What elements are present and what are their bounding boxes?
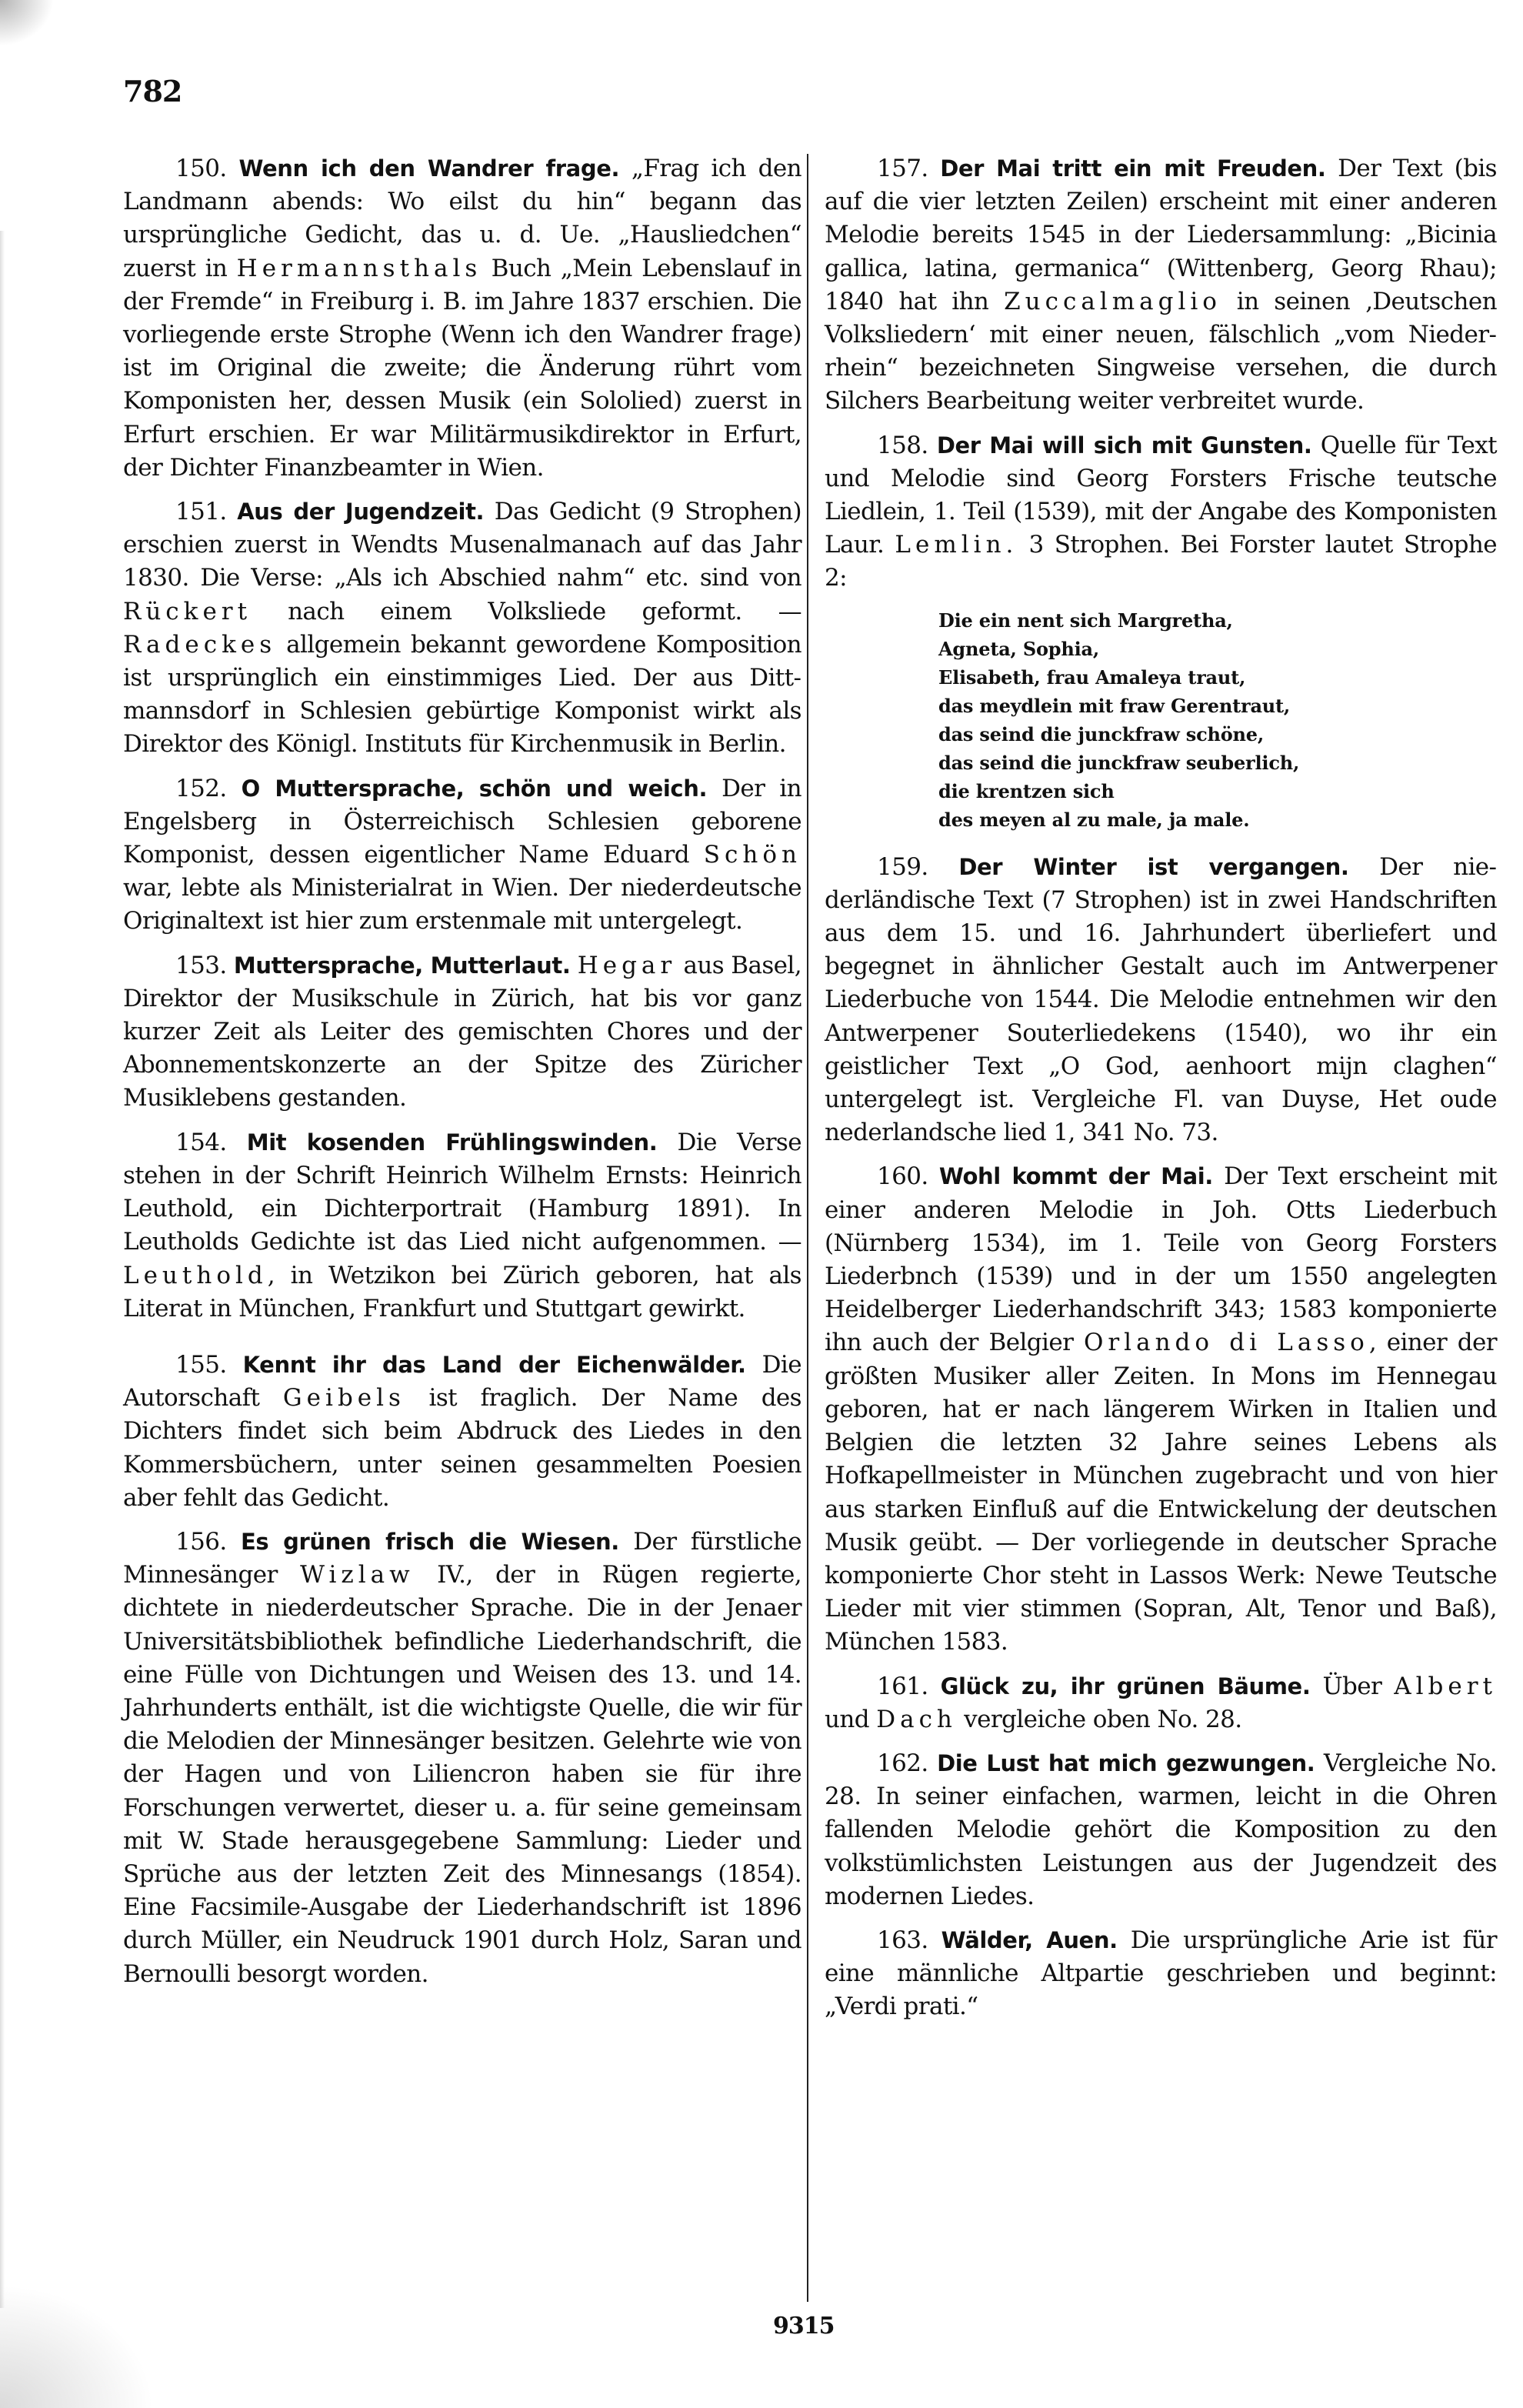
entry-155: 155. Kennt ihr das Land der Eichen­wälde… (123, 1349, 801, 1515)
stanza-line: das seind die junckfraw schöne, (938, 720, 1497, 749)
stanza-line: Die ein nent sich Margretha, (938, 606, 1497, 635)
entry-162: 162. Die Lust hat mich gezwungen. Ver­gl… (825, 1747, 1497, 1913)
emphasized-name: Wizlaw (300, 1561, 415, 1589)
entry-title: Wälder, Auen. (941, 1927, 1118, 1953)
entry-text: vergleiche oben No. 28. (957, 1706, 1242, 1733)
emphasized-name: Dach (876, 1706, 957, 1733)
emphasized-name: Schön (704, 841, 801, 869)
stanza-line: die krentzen sich (938, 777, 1497, 805)
entry-title: Die Lust hat mich gezwungen. (937, 1750, 1315, 1776)
entry-title: Der Winter ist vergangen. (958, 854, 1348, 880)
entry-number: 150. (175, 155, 227, 182)
entry-number: 162. (877, 1749, 928, 1777)
emphasized-name: Geibels (283, 1384, 405, 1412)
entry-152: 152. O Muttersprache, schön und weich. D… (123, 772, 801, 939)
emphasized-name: Rückert (123, 598, 252, 625)
entry-title: Kennt ihr das Land der Eichen­wälder. (243, 1352, 746, 1378)
entry-text: und (825, 1706, 876, 1733)
entry-title: O Muttersprache, schön und weich. (242, 775, 707, 802)
column-divider (807, 154, 808, 2302)
page-footer-number: 9315 (773, 2313, 835, 2340)
entry-number: 161. (877, 1673, 928, 1700)
stanza-line: das seind die junckfraw seuberlich, (938, 749, 1497, 777)
entry-number: 163. (877, 1926, 928, 1954)
entry-title: Der Mai tritt ein mit Freuden. (940, 155, 1325, 182)
entry-151: 151. Aus der Jugendzeit. Das Gedicht (9 … (123, 495, 801, 762)
entry-157: 157. Der Mai tritt ein mit Freuden. Der … (825, 152, 1497, 419)
entry-title: Mit kosenden Frühlingswinden. (247, 1129, 658, 1156)
scan-shadow-left-edge (0, 231, 5, 2308)
entry-number: 157. (877, 155, 928, 182)
entry-title: Glück zu, ihr grünen Bäume. (941, 1673, 1311, 1699)
entry-text: nach einem Volksliede geformt. — (252, 598, 801, 625)
entry-text: Der Text er­scheint mit einer anderen Me… (825, 1162, 1497, 1356)
emphasized-name: Radeckes (123, 631, 276, 659)
entry-161: 161. Glück zu, ihr grünen Bäume. Über Al… (825, 1670, 1497, 1736)
entry-text: Über (1310, 1673, 1394, 1700)
entry-150: 150. Wenn ich den Wandrer frage. „Frag i… (123, 152, 801, 485)
entry-title: Wenn ich den Wandrer frage. (238, 155, 619, 182)
entry-text: war, lebte als Ministerialrat in Wien. D… (123, 874, 801, 935)
emphasized-name: Albert (1394, 1673, 1497, 1700)
stanza-line: des meyen al zu male, ja male. (938, 805, 1497, 834)
entry-title: Der Mai will sich mit Gunsten. (937, 432, 1312, 459)
right-column: 157. Der Mai tritt ein mit Freuden. Der … (825, 152, 1497, 2035)
entry-number: 152. (175, 775, 227, 802)
entry-163: 163. Wälder, Auen. Die ursprüngliche Ari… (825, 1924, 1497, 2024)
left-column: 150. Wenn ich den Wandrer frage. „Frag i… (123, 152, 801, 2002)
emphasized-name: Leuthold (123, 1262, 268, 1289)
entry-title: Muttersprache, Mutterlaut. (234, 952, 571, 979)
entry-text: Buch „Mein Lebenslauf in der Fremde“ in … (123, 255, 801, 482)
entry-number: 155. (175, 1351, 227, 1379)
entry-text: , einer der größten Musiker aller Zeiten… (825, 1329, 1497, 1656)
stanza-line: das meydlein mit fraw Gerentraut, (938, 692, 1497, 720)
stanza-line: Agneta, Sophia, (938, 635, 1497, 663)
entry-156: 156. Es grünen frisch die Wiesen. Der fü… (123, 1526, 801, 1991)
entry-154: 154. Mit kosenden Frühlingswinden. Die V… (123, 1126, 801, 1326)
entry-158: 158. Der Mai will sich mit Gunsten. Quel… (825, 429, 1497, 595)
entry-text: IV., der in Rügen regierte, dichtete in … (123, 1561, 801, 1987)
entry-number: 160. (877, 1162, 928, 1190)
entry-160: 160. Wohl kommt der Mai. Der Text er­sch… (825, 1160, 1497, 1659)
entry-number: 156. (175, 1528, 227, 1556)
quoted-stanza: Die ein nent sich Margretha,Agneta, Soph… (938, 606, 1497, 834)
entry-text: Der nie­derländische Text (7 Strophen) i… (825, 853, 1497, 1147)
entry-title: Wohl kommt der Mai. (939, 1163, 1213, 1189)
page-header-number: 782 (123, 74, 182, 108)
entry-number: 151. (175, 498, 227, 525)
entry-number: 154. (175, 1129, 227, 1156)
entry-number: 158. (877, 432, 928, 459)
emphasized-name: Orlando di Lasso (1084, 1329, 1369, 1356)
scan-shadow-bottom-left (0, 2285, 154, 2408)
entry-number: 153. (175, 952, 227, 979)
entry-title: Es grünen frisch die Wiesen. (241, 1529, 619, 1555)
entry-title: Aus der Jugendzeit. (237, 499, 484, 525)
scan-shadow-top-left (0, 0, 54, 46)
entry-text (570, 952, 577, 979)
entry-159: 159. Der Winter ist vergangen. Der nie­d… (825, 851, 1497, 1150)
stanza-line: Elisabeth, frau Amaleya traut, (938, 663, 1497, 692)
emphasized-name: Zuccalmaglio (1004, 288, 1221, 315)
emphasized-name: Hermannsthals (237, 255, 482, 282)
entry-153: 153. Muttersprache, Mutterlaut. Hegar au… (123, 949, 801, 1116)
entry-number: 159. (877, 853, 928, 881)
emphasized-name: Hegar (578, 952, 677, 979)
emphasized-name: Lemlin. (895, 531, 1018, 559)
